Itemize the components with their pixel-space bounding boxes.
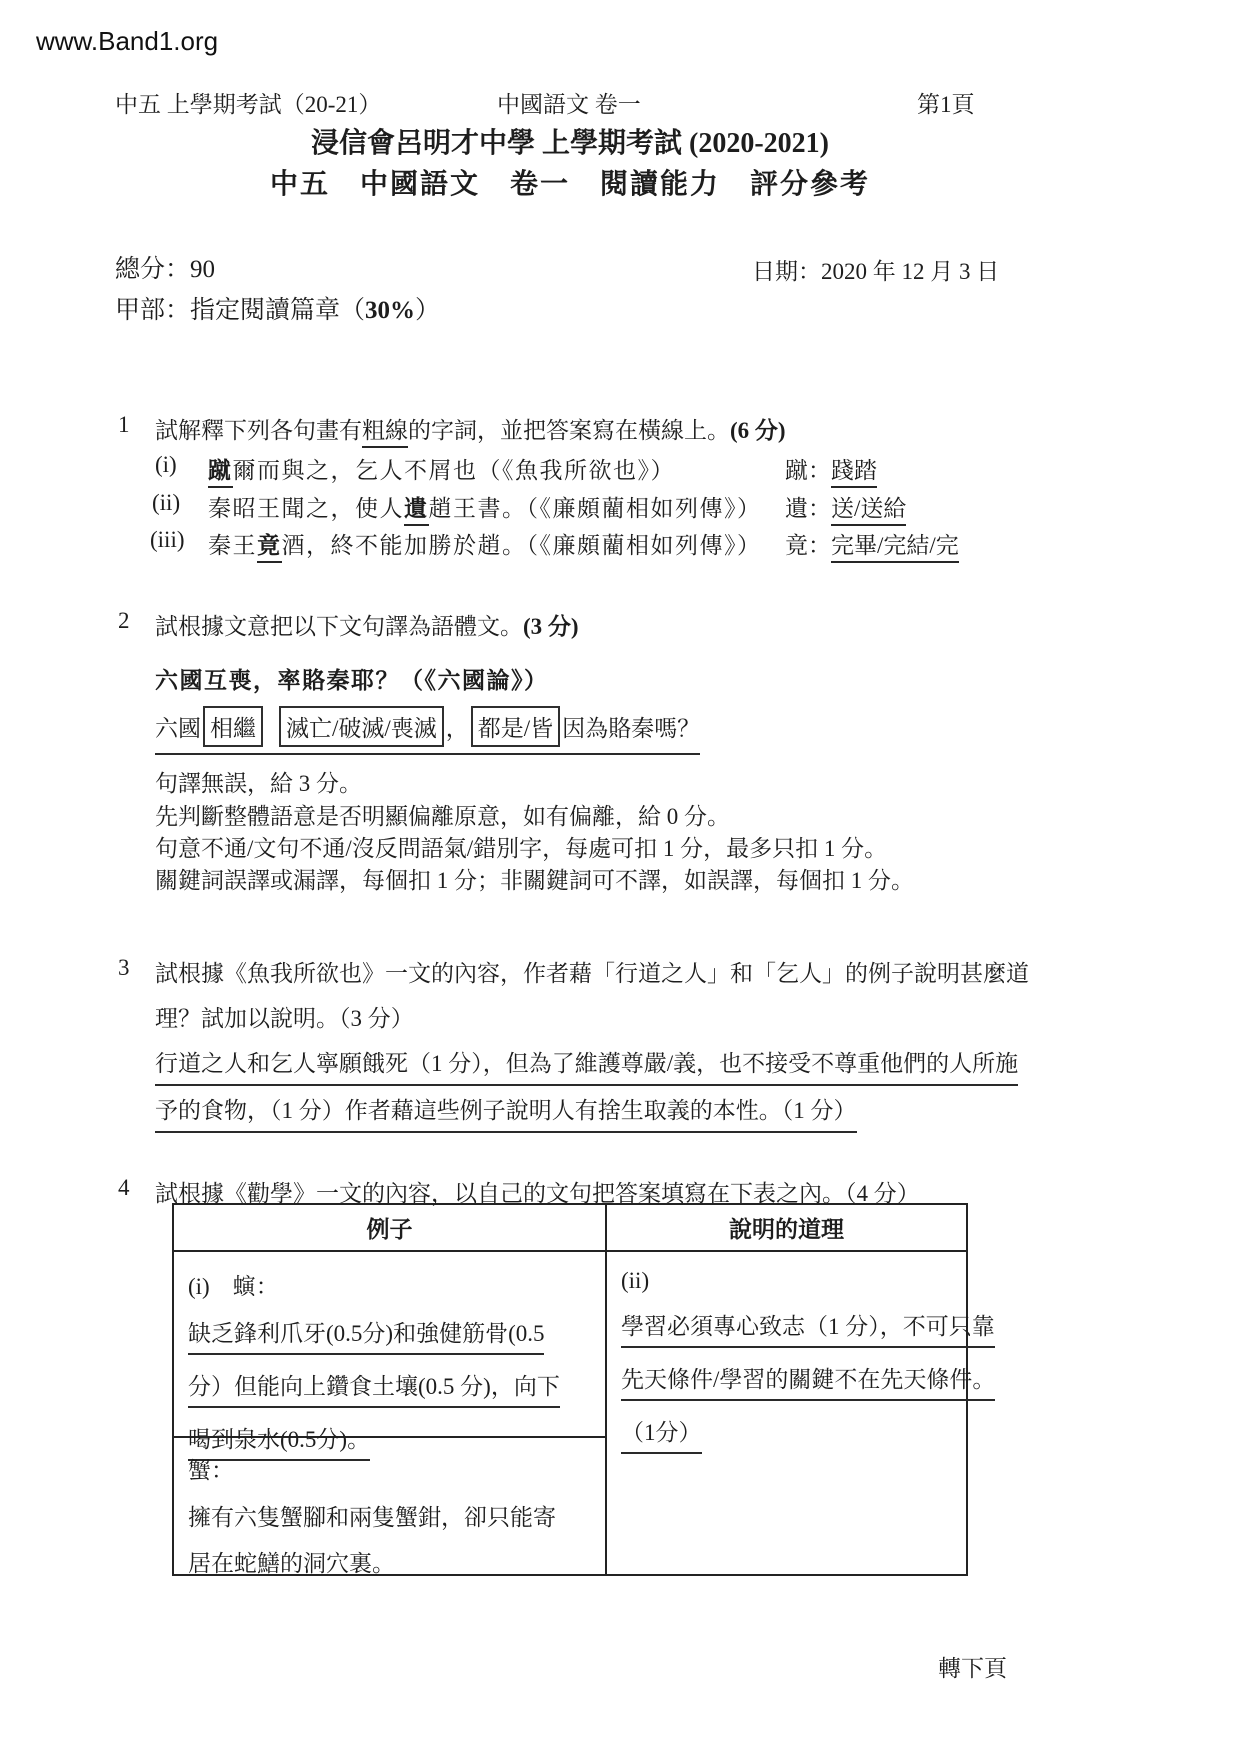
q4-earthworm-line-2-text: 分）但能向上鑽食土壤(0.5 分)，向下 [188,1368,560,1408]
q4-principle-line-3-text: （1分） [621,1414,702,1454]
q1-item-ii-answer-key: 遺： [785,496,831,521]
q1-number: 1 [118,412,130,438]
q1-item-iii-sentence: 秦王竟酒，終不能加勝於趙。（《廉頗藺相如列傳》） [208,527,762,560]
q4-crab-label: 蟹： [188,1452,593,1485]
q2-model-answer-line: 六國相繼滅亡/破滅/喪滅，都是/皆因為賂秦嗎？ [155,706,700,755]
q1-item-i-sentence: 蹴爾而與之，乞人不屑也（《魚我所欲也》） [208,452,675,485]
site-watermark: www.Band1.org [36,26,218,57]
q1-stem-underlined-word: 粗線 [362,418,408,448]
section-a-post: ） [415,297,440,324]
q4-crab-line-1: 擁有六隻蟹腳和兩隻蟹鉗，卻只能寄 [188,1499,593,1532]
q4-crab-line-2: 居在蛇鱔的洞穴裏。 [188,1545,593,1578]
q4-answer-table: 例子 說明的道理 (i) 螾： 缺乏鋒利爪牙(0.5分)和強健筋骨(0.5 分）… [172,1203,968,1576]
q4-principle-label: (ii) [621,1268,956,1294]
q4-earthworm-line-1: 缺乏鋒利爪牙(0.5分)和強健筋骨(0.5 [188,1315,593,1355]
q3-answer-line1-text: 行道之人和乞人寧願餓死（1 分），但為了維護尊嚴/義，也不接受不尊重他們的人所施 [155,1045,1018,1086]
page-header-center: 中國語文 卷一 [497,86,641,119]
q2-model-answer: 六國相繼滅亡/破滅/喪滅，都是/皆因為賂秦嗎？ [155,706,700,755]
q1-item-ii-answer: 遺：送/送給 [785,490,906,523]
q4-earthworm-line-2: 分）但能向上鑽食土壤(0.5 分)，向下 [188,1368,593,1408]
q2-stem-marks: (3 分) [523,614,579,639]
q2-stem-text: 試根據文意把以下文句譯為語體文。 [155,614,523,639]
exam-page: www.Band1.org 中五 上學期考試（20-21） 中國語文 卷一 第1… [0,0,1240,1754]
q1-item-iii-answer-value: 完畢/完結/完 [831,533,959,563]
q1-item-iii-answer-key: 竟： [785,533,831,558]
q4-table-header-example: 例子 [174,1205,607,1252]
q2-stem: 試根據文意把以下文句譯為語體文。(3 分) [155,608,579,641]
q1-item-ii-pre: 秦昭王聞之，使人 [208,496,404,521]
q1-item-i-answer: 蹴：踐踏 [785,452,877,485]
q4-earthworm-line-1-text: 缺乏鋒利爪牙(0.5分)和強健筋骨(0.5 [188,1315,544,1355]
q1-item-ii-post: 趙王書。（《廉頗藺相如列傳》） [429,496,762,521]
turn-page-note: 轉下頁 [938,1650,1007,1683]
total-marks: 總分：90 [115,249,215,285]
q2-source-sentence: 六國互喪，率賂秦耶？（《六國論》） [155,662,549,695]
q1-item-iii-pre: 秦王 [208,533,257,558]
q1-item-i-answer-value: 踐踏 [831,458,877,488]
q3-answer-line2-text: 予的食物，（1 分）作者藉這些例子說明人有捨生取義的本性。（1 分） [155,1092,857,1133]
q2-marking-note-1: 句譯無誤，給 3 分。 [155,765,362,798]
q2-answer-mid: ， [446,716,469,741]
q2-answer-box1: 相繼 [203,706,263,747]
section-a-pre: 甲部：指定閱讀篇章（ [115,297,365,324]
q2-answer-pre: 六國 [155,716,201,741]
q1-item-iii-post: 酒，終不能加勝於趙。（《廉頗藺相如列傳》） [282,533,762,558]
q4-principle-line-2: 先天條件/學習的關鍵不在先天條件。 [621,1361,956,1401]
q3-answer-line2: 予的食物，（1 分）作者藉這些例子說明人有捨生取義的本性。（1 分） [155,1092,857,1133]
q1-item-i-answer-key: 蹴： [785,458,831,483]
q4-table-cell-earthworm: (i) 螾： 缺乏鋒利爪牙(0.5分)和強健筋骨(0.5 分）但能向上鑽食土壤(… [174,1252,607,1438]
q4-principle-line-3: （1分） [621,1414,956,1454]
q2-answer-box3: 都是/皆 [471,706,560,747]
q2-marking-note-3: 句意不通/文句不通/沒反問語氣/錯別字，每處可扣 1 分，最多只扣 1 分。 [155,830,887,863]
q1-item-i-label: (i) [155,452,177,478]
exam-date: 日期：2020 年 12 月 3 日 [752,253,999,286]
q4-table-header-principle: 說明的道理 [607,1205,966,1252]
q1-item-ii-sentence: 秦昭王聞之，使人遺趙王書。（《廉頗藺相如列傳》） [208,490,762,523]
section-a-percentage: 30% [365,297,415,324]
exam-title: 浸信會呂明才中學 上學期考試 (2020-2021) [0,121,1140,161]
q1-item-iii-keyword: 竟 [257,533,282,563]
q1-item-iii-answer: 竟：完畢/完結/完 [785,527,959,560]
q2-marking-note-4: 關鍵詞誤譯或漏譯，每個扣 1 分；非關鍵詞可不譯，如誤譯，每個扣 1 分。 [155,862,914,895]
q1-item-ii-label: (ii) [152,490,180,516]
q1-item-ii-answer-value: 送/送給 [831,496,906,526]
q3-number: 3 [118,955,130,981]
q1-item-iii-label: (iii) [150,527,185,553]
q4-table-cell-principle: (ii) 學習必須專心致志（1 分），不可只靠 先天條件/學習的關鍵不在先天條件… [607,1252,966,1574]
page-number: 第1頁 [917,86,975,119]
q3-stem-line2: 理？試加以說明。（3 分） [155,1000,414,1033]
q1-item-i-post: 爾而與之，乞人不屑也（《魚我所欲也》） [233,458,676,483]
exam-subtitle: 中五 中國語文 卷一 閱讀能力 評分參考 [0,162,1140,202]
q2-answer-box2: 滅亡/破滅/喪滅 [279,706,444,747]
q2-marking-note-2: 先判斷整體語意是否明顯偏離原意，如有偏離，給 0 分。 [155,798,730,831]
page-header-left: 中五 上學期考試（20-21） [115,86,381,119]
q4-table-cell-crab: 蟹： 擁有六隻蟹腳和兩隻蟹鉗，卻只能寄 居在蛇鱔的洞穴裏。 [174,1438,607,1574]
q2-number: 2 [118,608,130,634]
q4-number: 4 [118,1175,130,1201]
q1-stem-marks: (6 分) [730,418,786,443]
q2-answer-post: 因為賂秦嗎？ [562,716,700,741]
q4-principle-line-1: 學習必須專心致志（1 分），不可只靠 [621,1308,956,1348]
q1-stem-pre: 試解釋下列各句畫有 [155,418,362,443]
q1-stem: 試解釋下列各句畫有粗線的字詞，並把答案寫在橫線上。(6 分) [155,412,786,445]
q3-answer-line1: 行道之人和乞人寧願餓死（1 分），但為了維護尊嚴/義，也不接受不尊重他們的人所施 [155,1045,1018,1086]
q3-stem-line1: 試根據《魚我所欲也》一文的內容，作者藉「行道之人」和「乞人」的例子說明甚麼道 [155,955,1029,988]
q4-earthworm-label: (i) 螾： [188,1268,593,1301]
q4-principle-line-1-text: 學習必須專心致志（1 分），不可只靠 [621,1308,995,1348]
section-a-heading: 甲部：指定閱讀篇章（30%） [115,290,440,326]
q1-item-ii-keyword: 遺 [404,496,429,526]
q1-stem-post: 的字詞，並把答案寫在橫線上。 [408,418,730,443]
q1-item-i-keyword: 蹴 [208,458,233,488]
q4-principle-line-2-text: 先天條件/學習的關鍵不在先天條件。 [621,1361,995,1401]
